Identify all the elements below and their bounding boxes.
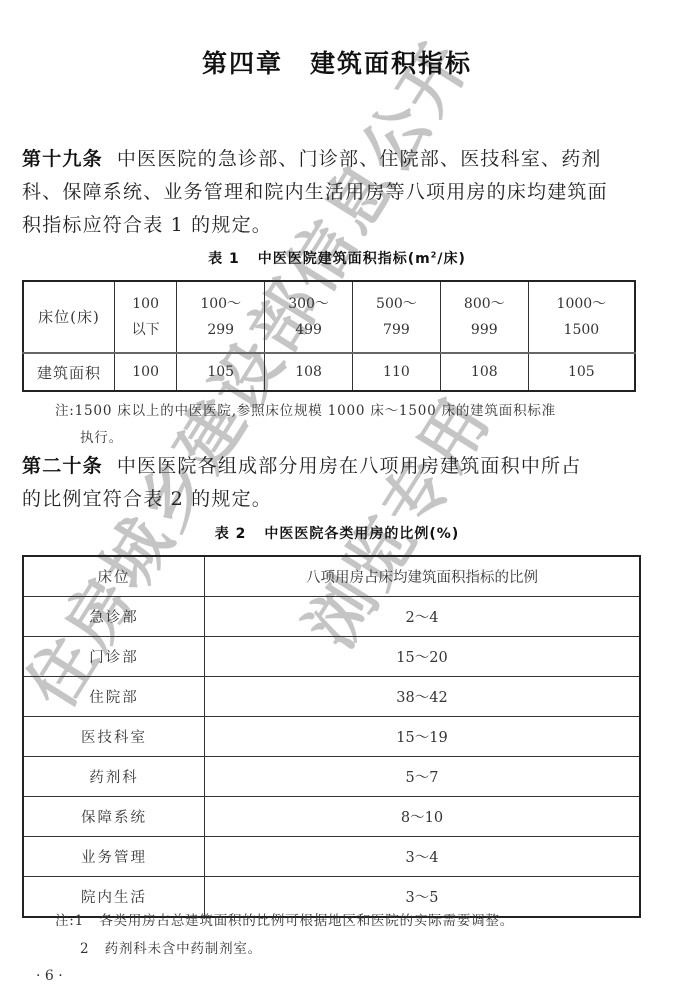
table-cell: 300～499 <box>265 281 353 353</box>
table-cell: 100～299 <box>177 281 265 353</box>
table-cell: 500～799 <box>352 281 440 353</box>
article-20: 第二十条中医医院各组成部分用房在八项用房建筑面积中所占 的比例宜符合表 2 的规… <box>22 450 642 516</box>
table-row-beds: 床位(床) 100以下 100～299 300～499 500～799 800～… <box>23 281 635 353</box>
table-2-room-ratio: 床位 八项用房占床均建筑面积指标的比例 急诊部2～4 门诊部15～20 住院部3… <box>22 555 641 918</box>
table-cell: 108 <box>440 353 528 391</box>
table-row: 药剂科5～7 <box>23 757 640 797</box>
article-19-line-1: 第十九条中医医院的急诊部、门诊部、住院部、医技科室、药剂 <box>22 143 642 176</box>
table-row: 门诊部15～20 <box>23 637 640 677</box>
table-header-row: 床位 八项用房占床均建筑面积指标的比例 <box>23 556 640 597</box>
document-page: 住房城乡建设部信息公开 浏览专用 第四章 建筑面积指标 第十九条中医医院的急诊部… <box>0 0 674 996</box>
table-cell: 100以下 <box>115 281 177 353</box>
table-cell: 1000～1500 <box>528 281 635 353</box>
table-1-note: 注:1500 床以上的中医医院,参照床位规模 1000 床～1500 床的建筑面… <box>55 399 556 419</box>
column-header-ratio: 八项用房占床均建筑面积指标的比例 <box>205 556 641 597</box>
table-row: 业务管理3～4 <box>23 837 640 877</box>
chapter-title: 第四章 建筑面积指标 <box>0 44 674 80</box>
article-19-line-3: 积指标应符合表 1 的规定。 <box>22 209 642 242</box>
column-header-beds: 床位 <box>23 556 205 597</box>
table-2-note-2: 2 药剂科未含中药制剂室。 <box>80 937 262 957</box>
row-header-area: 建筑面积 <box>23 353 115 391</box>
article-19-label: 第十九条 <box>22 148 103 170</box>
article-20-label: 第二十条 <box>22 455 103 477</box>
article-19: 第十九条中医医院的急诊部、门诊部、住院部、医技科室、药剂 科、保障系统、业务管理… <box>22 143 642 242</box>
table-cell: 100 <box>115 353 177 391</box>
table-row: 医技科室15～19 <box>23 717 640 757</box>
table-cell: 800～999 <box>440 281 528 353</box>
table-2-note-1: 注:1 各类用房占总建筑面积的比例可根据地区和医院的实际需要调整。 <box>55 909 514 929</box>
table-cell: 110 <box>352 353 440 391</box>
table-1-caption: 表 1中医医院建筑面积指标(m2/床) <box>0 248 674 268</box>
table-1-floor-area: 床位(床) 100以下 100～299 300～499 500～799 800～… <box>22 280 636 392</box>
article-20-line-2: 的比例宜符合表 2 的规定。 <box>22 483 642 516</box>
page-number: · 6 · <box>36 968 63 984</box>
table-row: 住院部38～42 <box>23 677 640 717</box>
table-cell: 105 <box>528 353 635 391</box>
table-row-area: 建筑面积 100 105 108 110 108 105 <box>23 353 635 391</box>
table-2-caption: 表 2中医医院各类用房的比例(%) <box>0 523 674 543</box>
table-cell: 108 <box>265 353 353 391</box>
table-row: 保障系统8～10 <box>23 797 640 837</box>
row-header-beds: 床位(床) <box>23 281 115 353</box>
table-1-note-continued: 执行。 <box>80 426 123 446</box>
table-row: 急诊部2～4 <box>23 597 640 637</box>
table-cell: 105 <box>177 353 265 391</box>
article-19-line-2: 科、保障系统、业务管理和院内生活用房等八项用房的床均建筑面 <box>22 176 642 209</box>
article-20-line-1: 第二十条中医医院各组成部分用房在八项用房建筑面积中所占 <box>22 450 642 483</box>
